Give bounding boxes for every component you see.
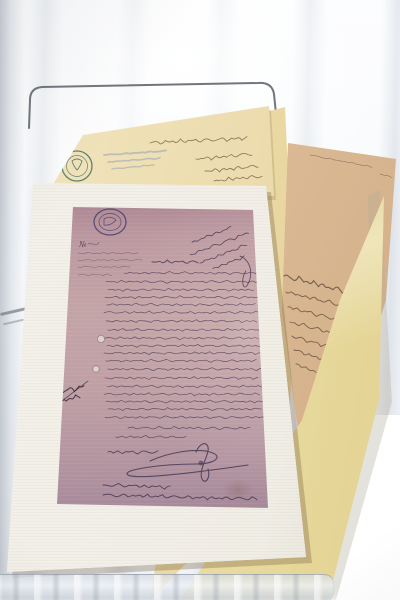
- blue-ink-stamp: [104, 150, 166, 169]
- photo-of-document-display: №: [0, 0, 400, 600]
- acrylic-stand-base: [0, 574, 334, 600]
- cream-letter-handwriting: [150, 137, 262, 181]
